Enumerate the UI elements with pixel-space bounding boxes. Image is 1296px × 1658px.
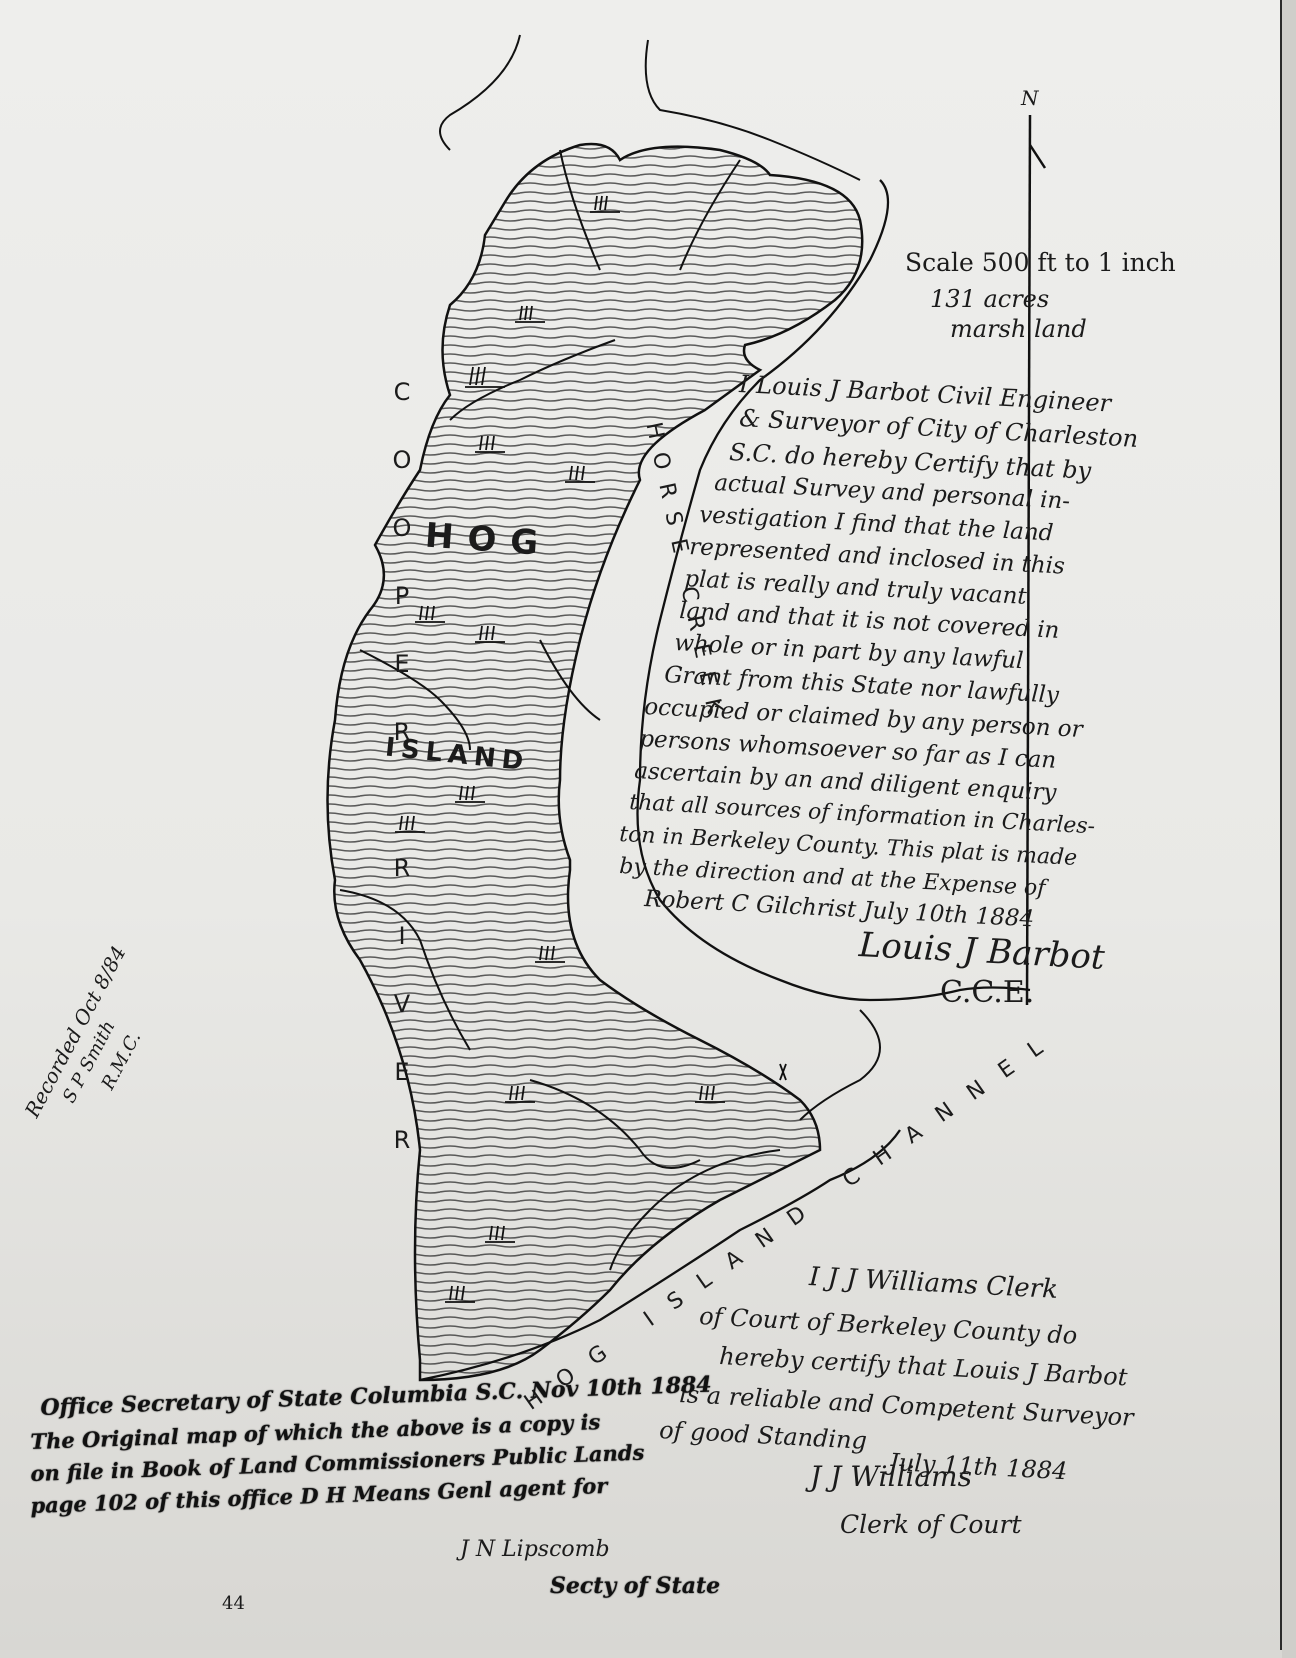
secretary-of-state-note: Office Secretary of State Columbia S.C. … (30, 1395, 790, 1595)
land-type-text: marsh land (950, 315, 1087, 343)
area-text: 131 acres (930, 285, 1049, 313)
clerk-title: Clerk of Court (840, 1510, 1022, 1539)
clerk-cert-line: of Court of Berkeley County do (699, 1302, 1078, 1350)
clerk-signature: J J Williams (810, 1460, 972, 1493)
surveyor-title: C.C.E. (940, 975, 1034, 1010)
scale-text: Scale 500 ft to 1 inch (905, 248, 1176, 277)
north-label: N (1021, 86, 1039, 110)
sos-signature: J N Lipscomb (460, 1537, 610, 1562)
clerk-cert-line: hereby certify that Louis J Barbot (719, 1342, 1129, 1391)
sos-title: Secty of State (550, 1573, 720, 1599)
surveyor-certificate: I Louis J Barbot Civil Engineer & Survey… (620, 370, 1180, 970)
page-number: 44 (222, 1593, 245, 1614)
clerk-cert-line: I J J Williams Clerk (808, 1262, 1058, 1305)
